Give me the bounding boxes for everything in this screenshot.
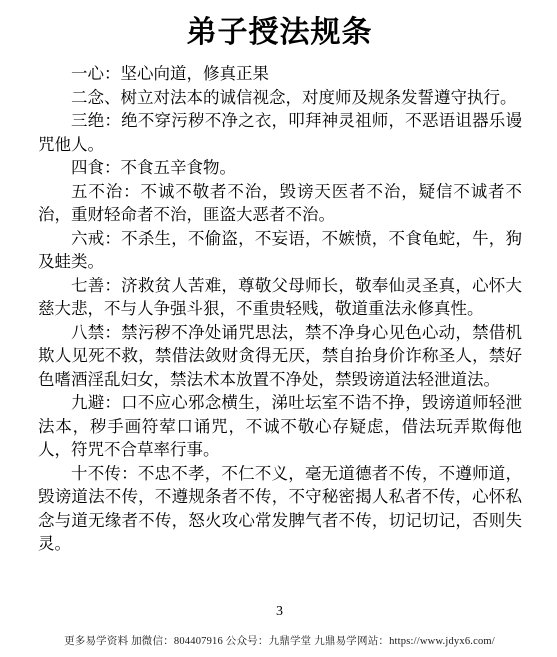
page-title: 弟子授法规条 [38,14,521,52]
footer-note: 更多易学资料 加微信：804407916 公众号：九鼎学堂 九鼎易学网站：htt… [38,635,521,648]
rule-item-4: 四食：不食五辛食物。 [38,156,522,180]
rule-item-10: 十不传：不忠不孝，不仁不义，毫无道德者不传，不遵师道，毁谤道法不传，不遵规条者不… [38,462,522,556]
rule-item-6: 六戒：不杀生，不偷盗，不妄语，不嫉愤，不食龟蛇，牛，狗及蛙类。 [38,227,522,274]
rule-item-5: 五不治：不诚不敬者不治，毁谤天医者不治，疑信不诚者不治，重财轻命者不治，匪盗大恶… [38,180,522,227]
rule-item-8: 八禁：禁污秽不净处诵咒思法，禁不净身心见色心动，禁借机欺人见死不救，禁借法敛财贪… [38,321,522,392]
rules-list: 一心：坚心向道，修真正果 二念、树立对法本的诚信视念，对度师及规条发誓遵守执行。… [38,62,522,556]
page-number: 3 [38,604,521,620]
rule-item-7: 七善：济救贫人苦难，尊敬父母师长，敬奉仙灵圣真，心怀大慈大悲，不与人争强斗狠，不… [38,274,522,321]
rule-item-3: 三绝：绝不穿污秽不净之衣，叩拜神灵祖师，不恶语诅器乐谩咒他人。 [38,109,522,156]
rule-item-9: 九避：口不应心邪念横生，涕吐坛室不诰不挣，毁谤道师轻泄法本，秽手画符荤口诵咒，不… [38,391,522,462]
document-page: 弟子授法规条 一心：坚心向道，修真正果 二念、树立对法本的诚信视念，对度师及规条… [0,0,557,657]
rule-item-2: 二念、树立对法本的诚信视念，对度师及规条发誓遵守执行。 [38,86,522,110]
rule-item-1: 一心：坚心向道，修真正果 [38,62,522,86]
